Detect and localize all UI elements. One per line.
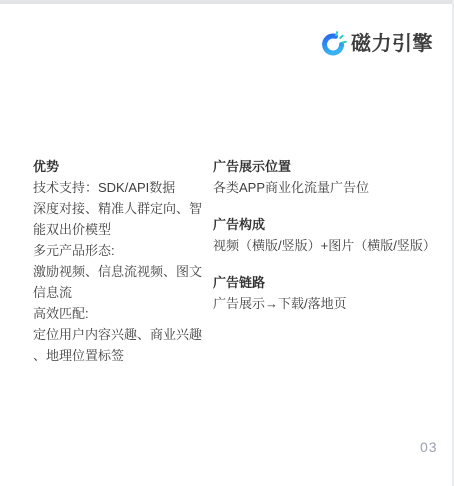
ad-funnel-title: 广告链路 bbox=[213, 272, 453, 293]
ad-placement-section: 广告展示位置 各类APP商业化流量广告位 bbox=[213, 156, 453, 198]
advantages-title: 优势 bbox=[33, 156, 225, 177]
brand-name: 磁力引擎 bbox=[351, 31, 433, 57]
ad-funnel-section: 广告链路 广告展示→下载/落地页 bbox=[213, 272, 453, 314]
text-line: 激励视频、信息流视频、图文 bbox=[33, 261, 225, 282]
ad-info-column: 广告展示位置 各类APP商业化流量广告位 广告构成 视频（横版/竖版）+图片（横… bbox=[213, 156, 453, 330]
text-line: 、地理位置标签 bbox=[33, 345, 225, 366]
ad-funnel-body: 广告展示→下载/落地页 bbox=[213, 293, 453, 314]
text-line: 多元产品形态: bbox=[33, 240, 225, 261]
advantages-text: 技术支持：SDK/API数据深度对接、精准人群定向、智能双出价模型多元产品形态:… bbox=[33, 177, 225, 366]
text-line: 深度对接、精准人群定向、智 bbox=[33, 198, 225, 219]
text-line: 技术支持：SDK/API数据 bbox=[33, 177, 225, 198]
text-line: 高效匹配: bbox=[33, 303, 225, 324]
ad-composition-section: 广告构成 视频（横版/竖版）+图片（横版/竖版） bbox=[213, 214, 453, 256]
text-line: 信息流 bbox=[33, 282, 225, 303]
ad-placement-body: 各类APP商业化流量广告位 bbox=[213, 177, 453, 198]
text-line: 能双出价模型 bbox=[33, 219, 225, 240]
text-line: 定位用户内容兴趣、商业兴趣 bbox=[33, 324, 225, 345]
ad-composition-body: 视频（横版/竖版）+图片（横版/竖版） bbox=[213, 235, 453, 256]
slide-page: 磁力引擎 优势 技术支持：SDK/API数据深度对接、精准人群定向、智能双出价模… bbox=[0, 0, 454, 486]
ad-composition-title: 广告构成 bbox=[213, 214, 453, 235]
ad-placement-title: 广告展示位置 bbox=[213, 156, 453, 177]
advantages-column: 优势 技术支持：SDK/API数据深度对接、精准人群定向、智能双出价模型多元产品… bbox=[33, 156, 225, 366]
magnetic-engine-logo-icon bbox=[322, 31, 348, 57]
top-edge-strip bbox=[0, 0, 454, 4]
brand-logo: 磁力引擎 bbox=[322, 31, 433, 57]
page-number: 03 bbox=[420, 439, 438, 455]
